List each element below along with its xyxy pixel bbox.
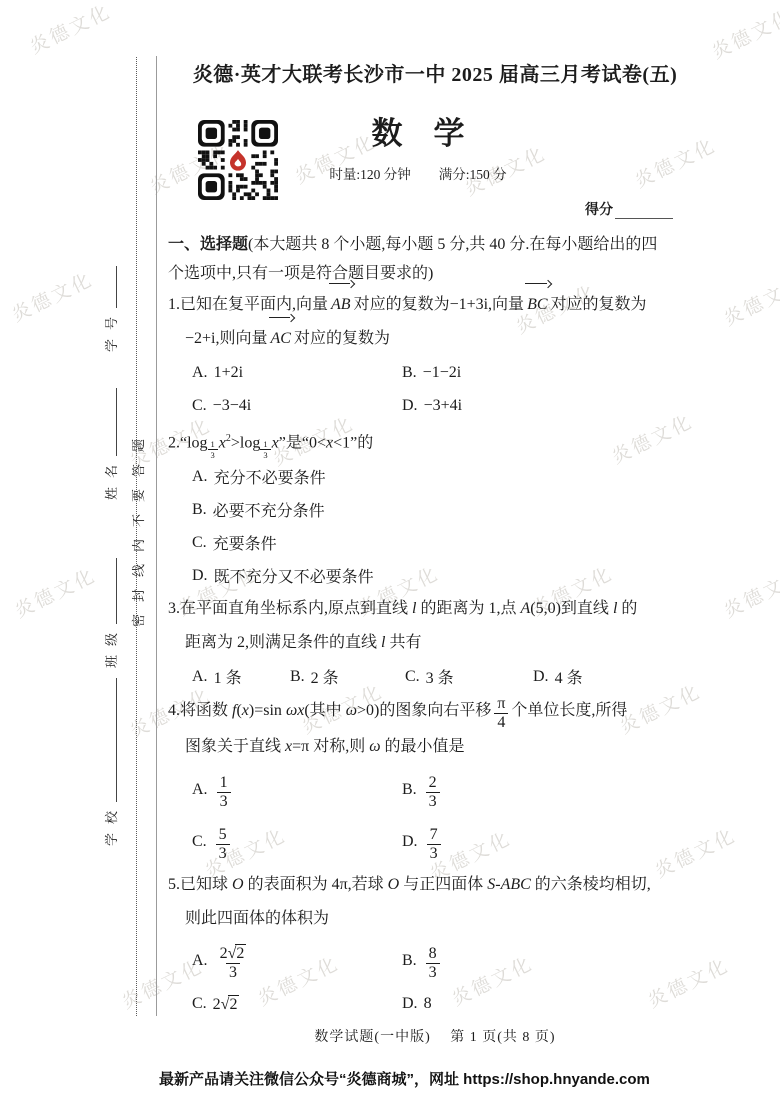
math-var: x — [326, 434, 333, 451]
question-3-option-a: A.1 条 — [192, 660, 290, 693]
fraction: 23 — [426, 774, 440, 811]
fraction-numerator: 1 — [208, 439, 218, 449]
option-letter: A. — [192, 781, 208, 799]
watermark-text: 炎德文化 — [10, 561, 101, 624]
math-var: ωx — [286, 702, 304, 719]
option-value: 73 — [424, 824, 444, 861]
side-field-label: 班级 — [101, 624, 120, 668]
full-score-label: 满分:150 分 — [439, 163, 507, 183]
option-letter: B. — [402, 952, 417, 970]
option-value: −1−2i — [423, 364, 462, 382]
question-2: 2.“log13x2>log13x”是“0<x<1”的A.充分不必要条件B.必要… — [168, 422, 702, 592]
question-4-option-b: B.23 — [402, 764, 702, 816]
watermark-text: 炎德文化 — [7, 265, 98, 328]
option-letter: D. — [402, 995, 418, 1013]
subject-title: 数 学 — [168, 108, 668, 153]
questions-area: 一、选择题(本大题共 8 个小题,每小题 5 分,共 40 分.在每小题给出的四… — [168, 230, 702, 1022]
question-3: 3.在平面直角坐标系内,原点到直线 l 的距离为 1,点 A(5,0)到直线 l… — [168, 592, 702, 693]
option-letter: A. — [192, 364, 208, 382]
fraction-numerator: 2√2 — [217, 944, 250, 963]
duration-label: 时量:120 分钟 — [329, 163, 410, 183]
score-box: 得分 — [585, 199, 673, 219]
math-var: x — [242, 702, 249, 719]
question-1-line-1: 1.已知在复平面内,向量AB对应的复数为−1+3i,向量BC对应的复数为 — [168, 288, 702, 322]
question-3-option-c: C.3 条 — [405, 660, 533, 693]
option-value: 2 条 — [311, 665, 339, 688]
fraction: π4 — [494, 695, 508, 732]
fraction: 2√23 — [217, 944, 250, 982]
question-2-option-c: C.充要条件 — [192, 526, 702, 559]
question-1-options: A.1+2iB.−1−2iC.−3−4iD.−3+4i — [192, 356, 702, 422]
question-4-option-d: D.73 — [402, 816, 702, 868]
fraction-numerator: 2 — [426, 774, 440, 792]
section-heading: 一、选择题(本大题共 8 个小题,每小题 5 分,共 40 分.在每小题给出的四… — [168, 230, 702, 288]
score-blank-line — [615, 203, 673, 219]
question-4-option-c: C.53 — [192, 816, 402, 868]
question-4-line-2: 图象关于直线 x=π 对称,则 ω 的最小值是 — [185, 730, 702, 764]
math-var: l — [613, 600, 617, 617]
section-heading-line1: 一、选择题(本大题共 8 个小题,每小题 5 分,共 40 分.在每小题给出的四 — [168, 230, 702, 259]
page-footer: 数学试题(一中版) 第 1 页(共 8 页) — [168, 1026, 702, 1046]
option-value: −3−4i — [213, 397, 252, 415]
math-var: ABC — [501, 876, 531, 893]
option-letter: B. — [402, 781, 417, 799]
fraction: 13 — [217, 774, 231, 811]
fraction-denominator: 4 — [494, 713, 508, 732]
option-value: 1 条 — [214, 665, 242, 688]
fraction-denominator: 3 — [426, 792, 440, 811]
option-letter: C. — [192, 833, 207, 851]
section-heading-line2: 个选项中,只有一项是符合题目要求的) — [168, 259, 702, 288]
math-var: x — [272, 434, 279, 451]
question-3-options: A.1 条B.2 条C.3 条D.4 条 — [192, 660, 702, 693]
option-value: 83 — [423, 943, 443, 980]
exam-title: 炎德·英才大联考长沙市一中 2025 届高三月考试卷(五) — [168, 58, 702, 87]
question-4: 4.将函数 f(x)=sin ωx(其中 ω>0)的图象向右平移π4个单位长度,… — [168, 693, 702, 868]
math-var: x — [285, 738, 292, 755]
fraction-denominator: 3 — [260, 449, 270, 460]
option-letter: C. — [192, 995, 207, 1013]
side-field-label: 学校 — [101, 802, 120, 846]
fraction: 13 — [208, 439, 218, 460]
fraction: 73 — [427, 826, 441, 863]
fraction-denominator: 3 — [208, 449, 218, 460]
watermark-text: 炎德文化 — [25, 0, 116, 59]
question-3-line-2: 距离为 2,则满足条件的直线 l 共有 — [185, 626, 702, 660]
math-var: O — [232, 876, 244, 893]
option-letter: D. — [402, 397, 418, 415]
question-1-option-d: D.−3+4i — [402, 389, 702, 422]
option-value: 1+2i — [214, 364, 243, 382]
side-field-3: 班级 — [100, 558, 120, 668]
math-var: f — [232, 702, 236, 719]
option-value: 8 — [424, 995, 432, 1013]
content-border-line — [156, 56, 157, 1016]
option-letter: A. — [192, 952, 208, 970]
question-2-option-a: A.充分不必要条件 — [192, 460, 702, 493]
option-letter: A. — [192, 668, 208, 686]
fraction-denominator: 3 — [216, 844, 230, 863]
math-var: A — [520, 600, 530, 617]
question-5-option-a: A.2√23 — [192, 936, 402, 986]
side-field-label: 学号 — [101, 308, 120, 352]
option-value: −3+4i — [424, 397, 463, 415]
fraction-numerator: 1 — [260, 439, 270, 449]
exam-paper-page: 炎德文化炎德文化炎德文化炎德文化炎德文化炎德文化炎德文化炎德文化炎德文化炎德文化… — [0, 0, 780, 1104]
math-var: ω — [369, 738, 380, 755]
fraction-denominator: 3 — [217, 792, 231, 811]
vector-arrow: AB — [329, 288, 353, 322]
option-letter: C. — [192, 534, 207, 552]
side-field-blank-line — [116, 388, 117, 456]
math-var: S — [487, 876, 495, 893]
fraction-numerator: 8 — [426, 945, 440, 963]
question-5-line-1: 5.已知球 O 的表面积为 4π,若球 O 与正四面体 S-ABC 的六条棱均相… — [168, 868, 702, 902]
side-field-4: 学校 — [100, 678, 120, 846]
question-2-line-1: 2.“log13x2>log13x”是“0<x<1”的 — [168, 422, 702, 460]
option-letter: C. — [405, 668, 420, 686]
option-value: 4 条 — [555, 665, 583, 688]
vector-arrow: BC — [525, 288, 549, 322]
question-4-option-a: A.13 — [192, 764, 402, 816]
seal-text: 密封线内不要答题 — [128, 427, 144, 627]
question-2-options: A.充分不必要条件B.必要不充分条件C.充要条件D.既不充分又不必要条件 — [192, 460, 702, 592]
question-3-line-1: 3.在平面直角坐标系内,原点到直线 l 的距离为 1,点 A(5,0)到直线 l… — [168, 592, 702, 626]
fraction-numerator: 5 — [216, 826, 230, 844]
side-field-2: 姓名 — [100, 388, 120, 500]
option-value: 充要条件 — [213, 531, 277, 554]
option-letter: D. — [533, 668, 549, 686]
fraction: 83 — [426, 945, 440, 982]
side-field-1: 学号 — [100, 266, 120, 352]
fraction-numerator: 1 — [217, 774, 231, 792]
question-3-option-b: B.2 条 — [290, 660, 405, 693]
side-field-label: 姓名 — [101, 456, 120, 500]
math-var: l — [381, 634, 385, 651]
exam-meta: 时量:120 分钟 满分:150 分 — [168, 163, 668, 183]
vector-arrow: AC — [269, 322, 293, 356]
option-value: 充分不必要条件 — [214, 465, 326, 488]
question-1-line-2: −2+i,则向量AC对应的复数为 — [185, 322, 702, 356]
option-letter: B. — [192, 501, 207, 519]
option-value: 2√2 — [213, 995, 240, 1014]
promo-line: 最新产品请关注微信公众号“炎德商城”，网址 https://shop.hnyan… — [159, 1068, 650, 1089]
option-value: 既不充分又不必要条件 — [214, 564, 374, 587]
side-field-blank-line — [116, 266, 117, 308]
fraction-denominator: 3 — [426, 963, 440, 982]
question-4-options: A.13B.23C.53D.73 — [192, 764, 702, 868]
option-letter: D. — [192, 567, 208, 585]
sqrt-argument: 2 — [228, 995, 239, 1014]
math-var: x — [219, 434, 226, 451]
section-heading-rest: (本大题共 8 个小题,每小题 5 分,共 40 分.在每小题给出的四 — [248, 236, 657, 253]
question-2-option-b: B.必要不充分条件 — [192, 493, 702, 526]
option-value: 23 — [423, 772, 443, 809]
option-value: 3 条 — [426, 665, 454, 688]
option-letter: B. — [290, 668, 305, 686]
math-var: O — [388, 876, 400, 893]
math-var: ω — [346, 702, 357, 719]
watermark-text: 炎德文化 — [719, 561, 780, 624]
math-var: l — [412, 600, 416, 617]
question-4-line-1: 4.将函数 f(x)=sin ωx(其中 ω>0)的图象向右平移π4个单位长度,… — [168, 693, 702, 730]
option-value: 53 — [213, 824, 233, 861]
sqrt-radical: √2 — [221, 996, 240, 1013]
question-5-option-c: C.2√2 — [192, 986, 402, 1022]
section-heading-bold: 一、选择题 — [168, 236, 248, 253]
option-value: 2√23 — [214, 942, 253, 980]
fraction-numerator: 7 — [427, 826, 441, 844]
superscript: 2 — [226, 433, 231, 444]
option-letter: A. — [192, 468, 208, 486]
question-2-option-d: D.既不充分又不必要条件 — [192, 559, 702, 592]
sqrt-argument: 2 — [235, 944, 246, 963]
fraction: 13 — [260, 439, 270, 460]
question-1-option-c: C.−3−4i — [192, 389, 402, 422]
question-5-options: A.2√23B.83C.2√2D.8 — [192, 936, 702, 1022]
question-1-option-b: B.−1−2i — [402, 356, 702, 389]
question-3-option-d: D.4 条 — [533, 660, 702, 693]
option-letter: D. — [402, 833, 418, 851]
watermark-text: 炎德文化 — [719, 269, 780, 332]
score-label: 得分 — [585, 199, 613, 219]
option-value: 必要不充分条件 — [213, 498, 325, 521]
side-field-blank-line — [116, 558, 117, 624]
question-5: 5.已知球 O 的表面积为 4π,若球 O 与正四面体 S-ABC 的六条棱均相… — [168, 868, 702, 1022]
fraction: 53 — [216, 826, 230, 863]
question-5-option-b: B.83 — [402, 936, 702, 986]
fraction-numerator: π — [494, 695, 508, 713]
question-1-option-a: A.1+2i — [192, 356, 402, 389]
option-letter: B. — [402, 364, 417, 382]
option-value: 13 — [214, 772, 234, 809]
question-1: 1.已知在复平面内,向量AB对应的复数为−1+3i,向量BC对应的复数为−2+i… — [168, 288, 702, 422]
side-field-blank-line — [116, 678, 117, 802]
fraction-denominator: 3 — [427, 844, 441, 863]
question-5-line-2: 则此四面体的体积为 — [185, 902, 702, 936]
sqrt-radical: √2 — [228, 945, 247, 962]
watermark-text: 炎德文化 — [707, 2, 780, 65]
question-5-option-d: D.8 — [402, 986, 702, 1022]
fraction-denominator: 3 — [226, 963, 240, 982]
option-letter: C. — [192, 397, 207, 415]
